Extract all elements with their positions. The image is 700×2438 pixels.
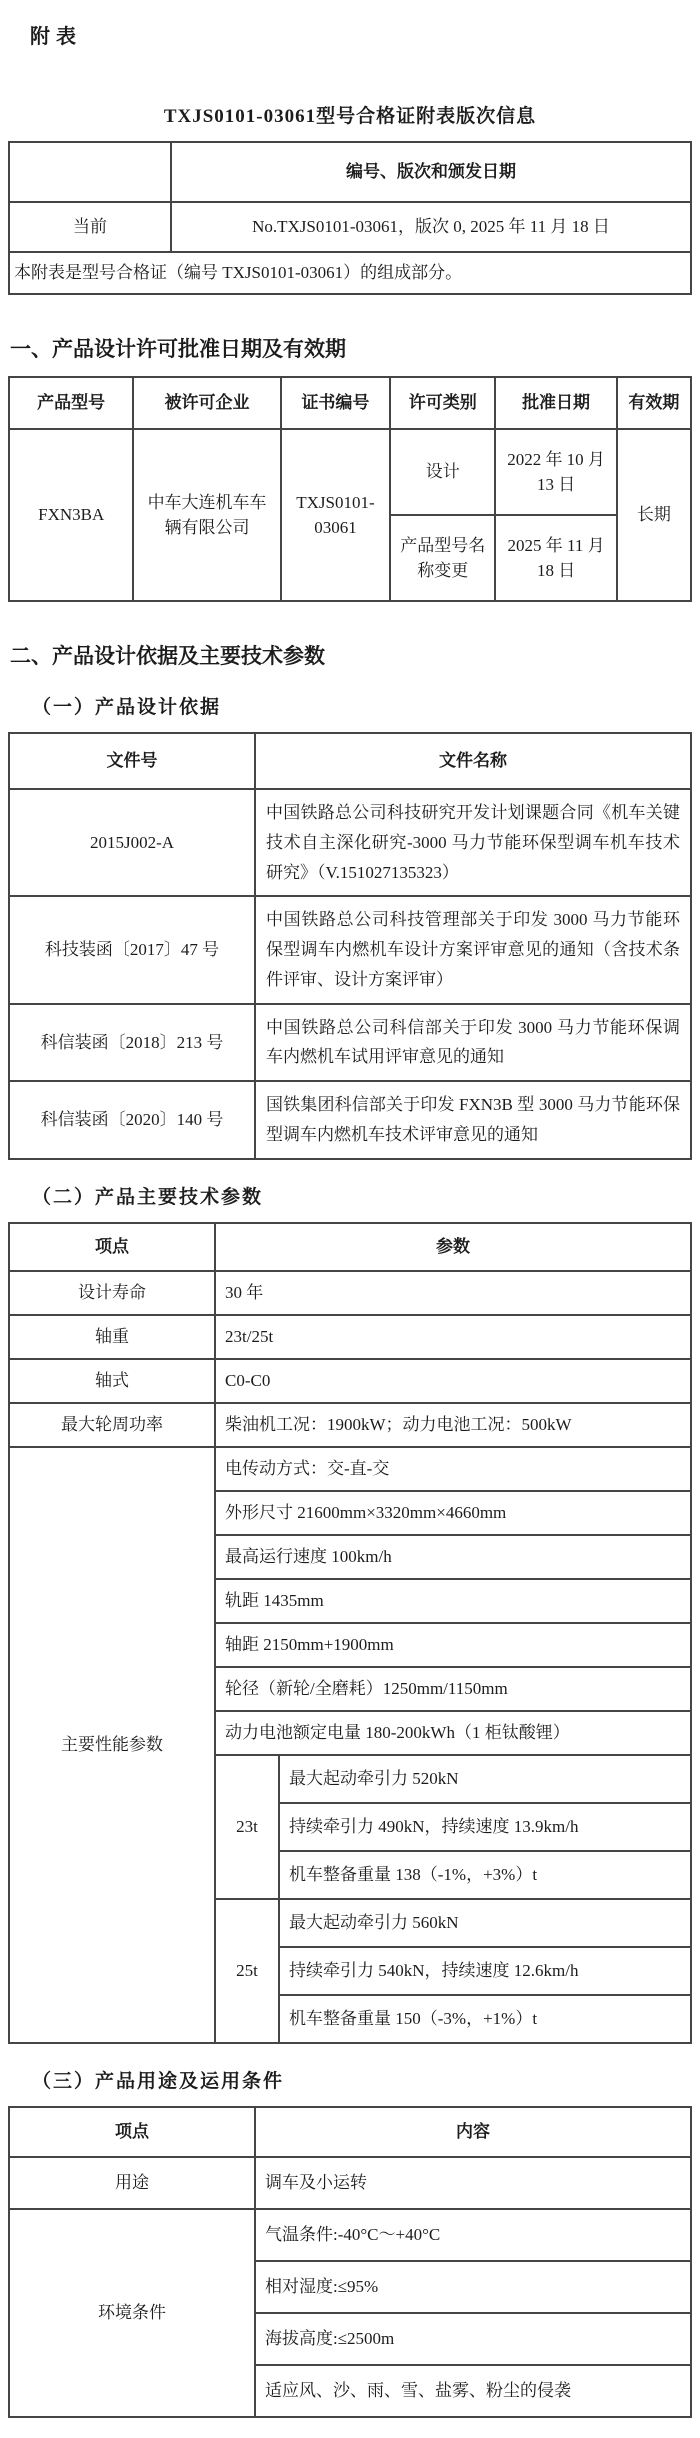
approval-table-header-row: 产品型号 被许可企业 证书编号 许可类别 批准日期 有效期 [9,377,691,429]
approval-date-cell: 2022 年 10 月 13 日 [495,429,616,515]
performance-value-cell: 最高运行速度 100km/h [215,1535,691,1579]
parameters-heading: （二）产品主要技术参数 [32,1182,692,1209]
parameter-value-cell: 柴油机工况：1900kW；动力电池工况：500kW [215,1403,691,1447]
version-current-label: 当前 [9,202,171,252]
col-header-doc-no: 文件号 [9,733,255,789]
usage-item-cell: 用途 [9,2157,255,2209]
col-header-certificate-no: 证书编号 [281,377,390,429]
traction-value-cell: 最大起动牵引力 520kN [279,1755,691,1803]
usage-purpose-row: 用途 调车及小运转 [9,2157,691,2209]
doc-no-cell: 科信装函〔2020〕140 号 [9,1081,255,1159]
col-header-approval-date: 批准日期 [495,377,616,429]
parameter-item-cell: 设计寿命 [9,1271,215,1315]
version-table-note-row: 本附表是型号合格证（编号 TXJS0101-03061）的组成部分。 [9,252,691,294]
version-table-title: TXJS0101-03061型号合格证附表版次信息 [8,101,692,128]
license-category-cell: 设计 [390,429,495,515]
product-model-cell: FXN3BA [9,429,133,601]
col-header-validity: 有效期 [617,377,691,429]
approval-table: 产品型号 被许可企业 证书编号 许可类别 批准日期 有效期 FXN3BA 中车大… [8,376,692,602]
axle-load-label-cell: 25t [215,1899,279,2043]
doc-no-cell: 科技装函〔2017〕47 号 [9,896,255,1003]
col-header-content: 内容 [255,2107,691,2157]
doc-no-cell: 2015J002-A [9,789,255,896]
design-basis-header-row: 文件号 文件名称 [9,733,691,789]
environment-label-cell: 环境条件 [9,2209,255,2417]
page-label: 附表 [30,20,692,49]
usage-header-row: 项点 内容 [9,2107,691,2157]
design-basis-table: 文件号 文件名称 2015J002-A 中国铁路总公司科技研究开发计划课题合同《… [8,732,692,1160]
design-basis-heading: （一）产品设计依据 [32,692,692,719]
version-table-col-header: 编号、版次和颁发日期 [171,142,691,202]
doc-name-cell: 国铁集团科信部关于印发 FXN3B 型 3000 马力节能环保型调车内燃机车技术… [255,1081,691,1159]
traction-value-cell: 最大起动牵引力 560kN [279,1899,691,1947]
validity-cell: 长期 [617,429,691,601]
environment-value-cell: 海拔高度:≤2500m [255,2313,691,2365]
approval-row-design: FXN3BA 中车大连机车车辆有限公司 TXJS0101-03061 设计 20… [9,429,691,515]
environment-value-cell: 气温条件:-40°C～+40°C [255,2209,691,2261]
performance-value-cell: 电传动方式：交-直-交 [215,1447,691,1491]
parameters-header-row: 项点 参数 [9,1223,691,1271]
version-table-empty-cell [9,142,171,202]
performance-value-cell: 轨距 1435mm [215,1579,691,1623]
version-current-value: No.TXJS0101-03061，版次 0, 2025 年 11 月 18 日 [171,202,691,252]
environment-value-cell: 相对湿度:≤95% [255,2261,691,2313]
doc-name-cell: 中国铁路总公司科技管理部关于印发 3000 马力节能环保型调车内燃机车设计方案评… [255,896,691,1003]
parameter-value-cell: C0-C0 [215,1359,691,1403]
parameter-row: 最大轮周功率 柴油机工况：1900kW；动力电池工况：500kW [9,1403,691,1447]
design-basis-row: 2015J002-A 中国铁路总公司科技研究开发计划课题合同《机车关键技术自主深… [9,789,691,896]
approval-section-heading: 一、产品设计许可批准日期及有效期 [10,333,692,363]
col-header-doc-name: 文件名称 [255,733,691,789]
parameter-item-cell: 最大轮周功率 [9,1403,215,1447]
design-basis-row: 科信装函〔2020〕140 号 国铁集团科信部关于印发 FXN3B 型 3000… [9,1081,691,1159]
col-header-license-category: 许可类别 [390,377,495,429]
licensee-cell: 中车大连机车车辆有限公司 [133,429,280,601]
version-info-table: 编号、版次和颁发日期 当前 No.TXJS0101-03061，版次 0, 20… [8,141,692,295]
parameter-value-cell: 30 年 [215,1271,691,1315]
parameters-table: 项点 参数 设计寿命 30 年 轴重 23t/25t 轴式 C0-C0 最大轮周… [8,1222,692,2044]
performance-value-cell: 动力电池额定电量 180-200kWh（1 柜钛酸锂） [215,1711,691,1755]
environment-value-cell: 适应风、沙、雨、雪、盐雾、粉尘的侵袭 [255,2365,691,2417]
col-header-item: 项点 [9,2107,255,2157]
traction-value-cell: 持续牵引力 490kN，持续速度 13.9km/h [279,1803,691,1851]
design-basis-row: 科信装函〔2018〕213 号 中国铁路总公司科信部关于印发 3000 马力节能… [9,1004,691,1082]
usage-table: 项点 内容 用途 调车及小运转 环境条件 气温条件:-40°C～+40°C 相对… [8,2106,692,2418]
col-header-product-model: 产品型号 [9,377,133,429]
version-table-current-row: 当前 No.TXJS0101-03061，版次 0, 2025 年 11 月 1… [9,202,691,252]
traction-value-cell: 持续牵引力 540kN，持续速度 12.6km/h [279,1947,691,1995]
traction-value-cell: 机车整备重量 150（-3%，+1%）t [279,1995,691,2043]
parameter-row: 轴式 C0-C0 [9,1359,691,1403]
doc-name-cell: 中国铁路总公司科技研究开发计划课题合同《机车关键技术自主深化研究-3000 马力… [255,789,691,896]
certificate-no-cell: TXJS0101-03061 [281,429,390,601]
parameter-item-cell: 轴式 [9,1359,215,1403]
environment-row: 环境条件 气温条件:-40°C～+40°C [9,2209,691,2261]
parameter-value-cell: 23t/25t [215,1315,691,1359]
design-section-heading: 二、产品设计依据及主要技术参数 [10,640,692,670]
design-basis-row: 科技装函〔2017〕47 号 中国铁路总公司科技管理部关于印发 3000 马力节… [9,896,691,1003]
col-header-licensee: 被许可企业 [133,377,280,429]
license-category-cell: 产品型号名称变更 [390,515,495,601]
col-header-parameter: 参数 [215,1223,691,1271]
parameter-row: 设计寿命 30 年 [9,1271,691,1315]
doc-no-cell: 科信装函〔2018〕213 号 [9,1004,255,1082]
axle-load-label-cell: 23t [215,1755,279,1899]
parameter-item-cell: 轴重 [9,1315,215,1359]
usage-value-cell: 调车及小运转 [255,2157,691,2209]
performance-value-cell: 外形尺寸 21600mm×3320mm×4660mm [215,1491,691,1535]
version-table-note: 本附表是型号合格证（编号 TXJS0101-03061）的组成部分。 [9,252,691,294]
usage-heading: （三）产品用途及运用条件 [32,2066,692,2093]
document-page: 附表 TXJS0101-03061型号合格证附表版次信息 编号、版次和颁发日期 … [0,0,700,2438]
doc-name-cell: 中国铁路总公司科信部关于印发 3000 马力节能环保调车内燃机车试用评审意见的通… [255,1004,691,1082]
approval-date-cell: 2025 年 11 月 18 日 [495,515,616,601]
traction-value-cell: 机车整备重量 138（-1%，+3%）t [279,1851,691,1899]
performance-value-cell: 轴距 2150mm+1900mm [215,1623,691,1667]
col-header-item: 项点 [9,1223,215,1271]
performance-value-cell: 轮径（新轮/全磨耗）1250mm/1150mm [215,1667,691,1711]
performance-label-cell: 主要性能参数 [9,1447,215,2043]
performance-row: 主要性能参数 电传动方式：交-直-交 [9,1447,691,1491]
parameter-row: 轴重 23t/25t [9,1315,691,1359]
version-table-header-row: 编号、版次和颁发日期 [9,142,691,202]
